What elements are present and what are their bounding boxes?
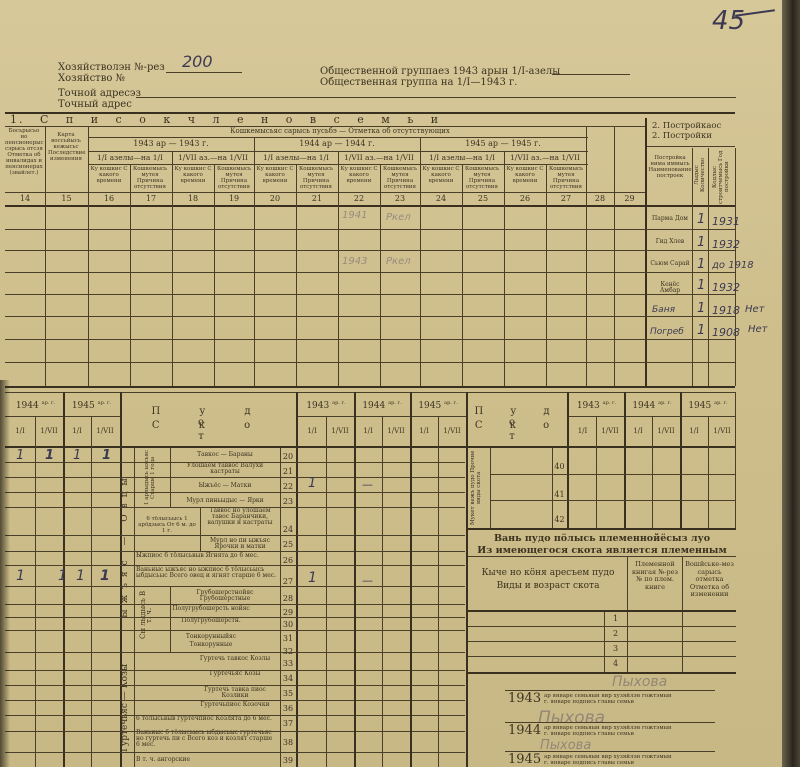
absence-header: Кошкемысьяс сарысь пусьбэ — Отметка об о… xyxy=(90,127,590,135)
page-edge xyxy=(782,0,800,767)
social-group-komi: Общественной группаез 1943 арын 1/I-азел… xyxy=(320,66,560,77)
row-label: Грубошерстнойяс Грубошерстные xyxy=(172,590,278,602)
tally-mark: 1 xyxy=(16,448,24,463)
rule xyxy=(134,448,135,767)
building-year: 1908 xyxy=(712,326,740,339)
row-label: Улошаем таввос Валухи кастраты xyxy=(172,463,278,475)
ls-left-year-1944: 1944 ар. г. xyxy=(8,399,63,410)
tally-mark: — xyxy=(362,574,373,587)
rule xyxy=(5,731,465,732)
rule xyxy=(200,507,201,551)
rule xyxy=(5,229,735,230)
rule xyxy=(45,126,46,386)
building-count: 1 xyxy=(697,278,705,293)
rule xyxy=(380,164,381,386)
row-num: 27 xyxy=(280,577,296,586)
faint-entry: Ркел xyxy=(386,256,411,267)
col-num: 24 xyxy=(420,194,462,203)
sub-reason: Кошкемысь мутея Причина отсутствия xyxy=(380,166,420,190)
col-num: 28 xyxy=(586,194,614,203)
col-num: 22 xyxy=(338,194,380,203)
rule xyxy=(466,528,736,530)
tally-mark: 1 xyxy=(76,568,85,584)
section1-title: 1. С п и с о к ч л е н о в с е м ь и xyxy=(10,113,440,126)
1944-half2: 1/VII аз.—на 1/VII xyxy=(338,154,420,162)
sub-reason: Кошкемысь мутея Причина отсутствия xyxy=(296,166,336,190)
ls-mid-year-1943: 1943 ар. г. xyxy=(298,399,354,410)
pedigree-title-ru: Из имеющегося скота является племенным xyxy=(468,545,736,556)
row-label: Ыжъёс — Матки xyxy=(172,483,278,489)
row-num: 33 xyxy=(280,659,296,668)
rule xyxy=(438,416,439,767)
col-num: 17 xyxy=(130,194,172,203)
building-year: 1931 xyxy=(712,215,740,228)
signature-year-1943: 1943 xyxy=(508,691,541,706)
rule xyxy=(5,192,645,193)
rule xyxy=(647,146,735,147)
tally-mark: 1 xyxy=(45,448,54,463)
rule xyxy=(466,392,468,767)
building-row-name: Гид Хлев xyxy=(650,239,690,245)
rule xyxy=(708,416,709,529)
row-num: 39 xyxy=(280,756,296,765)
rule xyxy=(5,652,465,653)
half-label: 1/VII xyxy=(596,427,624,435)
tally-mark: 1 xyxy=(100,568,110,584)
rule xyxy=(596,416,597,529)
building-count: 1 xyxy=(697,235,705,250)
rule xyxy=(5,492,465,493)
rule xyxy=(214,164,215,386)
row-num: 22 xyxy=(280,482,296,491)
1945-half2: 1/VII аз.—на 1/VII xyxy=(504,154,586,162)
signature-caption-1943: ар январе семьяын вир хузяйлэн гожтэмынг… xyxy=(544,693,672,705)
faint-entry: Ркел xyxy=(386,212,411,223)
col-num: 27 xyxy=(546,194,586,203)
row-label: Ваньныс ыжъяс но ыжпиос 6 тöлысьысь ыбды… xyxy=(136,567,278,579)
rule xyxy=(468,656,736,657)
page-shadow xyxy=(0,380,10,767)
rule xyxy=(5,272,735,273)
rule xyxy=(680,392,682,529)
tally-mark: 1 xyxy=(308,570,317,586)
sub-when: Ку кошкис С какого времени xyxy=(90,166,128,184)
col-num: 15 xyxy=(45,194,88,203)
address-label-ru: Точный адрес xyxy=(58,99,132,110)
rule xyxy=(5,316,735,317)
rule xyxy=(326,416,327,767)
subgroup-young: 6 тöлысьысь 1 арöдзысь От 6 м. до 1 г. xyxy=(136,516,198,534)
subgroup-wool: Сы лыдысь В т. ч. xyxy=(140,590,158,640)
row-label: Ыжпиос 6 тöлысьвыв Ягнята до 6 мес. xyxy=(136,553,278,559)
building-row-name: Погреб xyxy=(650,327,684,337)
row-num: 30 xyxy=(280,620,296,629)
col-num: 21 xyxy=(296,194,338,203)
signature-year-1944: 1944 xyxy=(508,723,541,738)
col-num: 14 xyxy=(5,194,45,203)
building-year: 1918 xyxy=(712,304,740,317)
rule xyxy=(468,556,736,557)
half-label: 1/VII xyxy=(652,427,680,435)
rule xyxy=(708,148,709,386)
row-num: 21 xyxy=(280,467,296,476)
rule xyxy=(88,137,588,138)
row-label: Гуртечьпиос Козочки xyxy=(192,702,278,708)
row-label: Мурл пиньыдыс — Ярки xyxy=(172,498,278,504)
col-num: 25 xyxy=(462,194,504,203)
row-label: 6 тöлысьвыв гуртечпиос Козлята до 6 мес. xyxy=(136,716,278,722)
sub-reason: Кошкемысь мутея Причина отсутствия xyxy=(546,166,586,190)
rule xyxy=(5,294,735,295)
row-num: 20 xyxy=(280,452,296,461)
half-label: 1/VII xyxy=(326,427,354,435)
building-row-name: Сьюм Сарай xyxy=(650,261,690,267)
row-num: 37 xyxy=(280,719,296,728)
tally-mark: 1 xyxy=(16,568,25,584)
faint-entry: 1941 xyxy=(342,210,367,221)
faint-entry: 1943 xyxy=(342,256,367,267)
row-label: Полугрубошерстн. xyxy=(172,618,250,624)
pedigree-row-num: 2 xyxy=(604,629,627,638)
rule xyxy=(652,416,653,529)
sub-when: Ку кошкис С какого времени xyxy=(174,166,212,184)
half-label: 1/VII xyxy=(91,427,119,435)
ls-right-year-1945: 1945 ар. г. xyxy=(680,399,736,410)
1945-half1: 1/I азелы—на 1/I xyxy=(420,154,504,162)
rule xyxy=(5,685,465,686)
pedigree-row-num: 4 xyxy=(604,659,627,668)
rule xyxy=(5,386,735,388)
address-label-komi: Точной адресэз xyxy=(58,88,141,99)
rule xyxy=(5,551,465,552)
row-num: 41 xyxy=(552,490,567,499)
rule xyxy=(586,126,587,386)
row-num: 34 xyxy=(280,674,296,683)
building-count: 1 xyxy=(697,257,705,272)
household-no-label-ru: Хозяйство № xyxy=(58,73,125,84)
rule xyxy=(172,151,173,386)
row-num: 29 xyxy=(280,608,296,617)
pedigree-col-book: Племенной книгая №-рез № по плем. книге xyxy=(628,561,682,591)
building-year: до 1918 xyxy=(712,260,754,271)
signature-caption-1944: ар январе семьяын вир хузяйлэн гожтэмынг… xyxy=(544,725,672,737)
sub-reason: Кошкемысь мутея Причина отсутствия xyxy=(130,166,170,190)
half-label: 1/I xyxy=(624,427,652,435)
rule xyxy=(490,474,735,475)
half-label: 1/VII xyxy=(382,427,410,435)
ls-right-year-1943: 1943 ар. г. xyxy=(569,399,624,410)
rule xyxy=(462,164,463,386)
building-count: 1 xyxy=(697,323,705,338)
col-num: 18 xyxy=(172,194,214,203)
rule xyxy=(5,507,465,508)
rule xyxy=(546,164,547,386)
rule xyxy=(614,126,615,386)
1943-half1: 1/I азелы—на 1/I xyxy=(88,154,172,162)
half-label: 1/I xyxy=(298,427,326,435)
ls-right-year-1944: 1944 ар. г. xyxy=(624,399,680,410)
rule xyxy=(5,250,735,251)
sub-when: Ку кошкис С какого времени xyxy=(340,166,378,184)
sub-reason: Кошкемысь мутея Причина отсутствия xyxy=(214,166,254,190)
half-label: 1/I xyxy=(680,427,708,435)
rule xyxy=(296,392,298,767)
subgroup-adult: 1 арлыдысь ыжъяс Старше 1 года xyxy=(144,450,164,506)
col-num: 23 xyxy=(380,194,420,203)
row-num: 25 xyxy=(280,540,296,549)
sub-reason: Кошкемысь мутея Причина отсутствия xyxy=(462,166,502,190)
col-num: 26 xyxy=(504,194,546,203)
half-label: 1/VII xyxy=(708,427,736,435)
rule xyxy=(624,392,626,529)
row-label: Гуртечь тавка пиос Козлики xyxy=(192,687,278,699)
pedigree-col-kind-komi: Кыче но кöня аресъем пудо xyxy=(468,568,628,578)
rule xyxy=(5,565,465,566)
rule xyxy=(504,151,505,386)
col-num: 29 xyxy=(614,194,645,203)
signature-year-1945: 1945 xyxy=(508,752,541,767)
household-no-underline xyxy=(166,72,242,73)
row-num: 31 xyxy=(280,634,296,643)
pedigree-title-komi: Вань пудо пöлысь племеннойёсыз луо xyxy=(468,533,736,544)
building-row-name: Баня xyxy=(652,305,675,315)
pedigree-col-kind-ru: Виды и возраст скота xyxy=(468,581,628,591)
1944-half1: 1/I азелы—на 1/I xyxy=(254,154,338,162)
rule xyxy=(468,641,736,642)
row-num: 24 xyxy=(280,525,296,534)
building-row-name: Кенёс Амбар xyxy=(650,282,690,294)
tally-mark: 1 xyxy=(73,448,81,463)
section2-col-year: Кодлыс строитчемысь Год постройки xyxy=(712,150,732,204)
row-num: 40 xyxy=(552,462,567,471)
half-label: 1/I xyxy=(63,427,91,435)
rule xyxy=(5,586,465,587)
rule xyxy=(254,137,255,386)
rule xyxy=(338,151,339,386)
rule xyxy=(420,137,421,386)
household-register-page: 45 Хозяйстволэн №-рез Хозяйство № 200 То… xyxy=(0,0,782,767)
row-num: 28 xyxy=(280,594,296,603)
rule xyxy=(468,672,736,674)
tally-mark: 1 xyxy=(308,476,316,491)
half-label: 1/I xyxy=(569,427,596,435)
row-label: Гуртечьяс Козы xyxy=(192,671,278,677)
rule xyxy=(735,392,736,529)
rule xyxy=(5,670,465,671)
1943-half2: 1/VII аз.—на 1/VII xyxy=(172,154,254,162)
rule xyxy=(5,477,465,478)
rule xyxy=(5,700,465,701)
rule xyxy=(5,339,735,340)
row-num: 42 xyxy=(552,515,567,524)
address-underline xyxy=(136,97,736,98)
rule xyxy=(5,630,465,631)
social-group-ru: Общественная группа на 1/I—1943 г. xyxy=(320,77,517,88)
pedigree-col-note: Вошйське-мез сарысь отметка Отметка об и… xyxy=(683,561,736,599)
building-row-name: Парма Дом xyxy=(650,216,690,222)
row-label: Таввос но улошаем тавос Баранчики, валуш… xyxy=(202,508,278,526)
rule xyxy=(5,604,465,605)
row-num: 23 xyxy=(280,497,296,506)
rule xyxy=(170,586,171,652)
col14-header: Босьрысьо нo пенсионерыс сэрысь отсзя От… xyxy=(5,128,43,176)
col-num: 19 xyxy=(214,194,254,203)
tally-mark: 1 xyxy=(58,568,67,584)
building-year: 1932 xyxy=(712,238,740,251)
rule xyxy=(130,164,131,386)
col-num: 20 xyxy=(254,194,296,203)
rule xyxy=(5,362,735,363)
signature-1943: Пыхова xyxy=(612,674,667,690)
row-label: Полугрубошерсть нойяс xyxy=(172,606,250,612)
rule xyxy=(468,626,736,627)
building-note: Нет xyxy=(745,304,765,315)
sub-when: Ку кошкис С какого времени xyxy=(256,166,294,184)
ls-mid-year-1944: 1944 ар. г. xyxy=(354,399,410,410)
half-label: 1/I xyxy=(410,427,438,435)
rule xyxy=(5,205,735,207)
livestock-right-header-ru: С к о т xyxy=(470,420,566,442)
row-num: 35 xyxy=(280,689,296,698)
half-label: 1/VII xyxy=(438,427,466,435)
year-1945-label: 1945 ар — 1945 г. xyxy=(420,140,586,148)
household-no-label-komi: Хозяйстволэн №-рез xyxy=(58,62,165,73)
rule xyxy=(296,164,297,386)
row-num: 38 xyxy=(280,738,296,747)
pedigree-row-num: 1 xyxy=(604,614,627,623)
half-label: 1/VII xyxy=(35,427,63,435)
rule xyxy=(5,535,465,536)
row-num: 26 xyxy=(280,556,296,565)
building-note: Нет xyxy=(748,324,768,335)
building-count: 1 xyxy=(697,301,705,316)
household-no-value: 200 xyxy=(182,52,213,71)
rule xyxy=(468,610,736,612)
pedigree-row-num: 3 xyxy=(604,644,627,653)
rule xyxy=(567,392,569,529)
building-year: 1932 xyxy=(712,281,740,294)
rule xyxy=(410,392,412,767)
rule xyxy=(88,126,89,386)
tally-mark: — xyxy=(362,478,373,491)
rule xyxy=(354,392,356,767)
col15-header: Карта воссьйысь кежысьс Последствие изме… xyxy=(48,132,84,162)
rule xyxy=(692,148,693,386)
rule xyxy=(490,448,491,528)
group-sheep-label: Ыжъяс — Овцы xyxy=(122,450,134,640)
row-num: 36 xyxy=(280,704,296,713)
page-number: 45 xyxy=(712,6,745,36)
rule xyxy=(645,118,647,386)
signature-caption-1945: ар январе семьяын вир хузяйлэн гожтэмынг… xyxy=(544,754,672,766)
row-label: Тонкорунные xyxy=(172,642,250,648)
rule xyxy=(5,752,465,753)
year-1944-label: 1944 ар — 1944 г. xyxy=(254,140,420,148)
rule xyxy=(490,500,735,501)
year-1943-label: 1943 ар — 1943 г. xyxy=(88,140,254,148)
section2-title-ru: 2. Постройки xyxy=(652,131,712,142)
col-num: 16 xyxy=(88,194,130,203)
row-label: Ваньныс 6 тöлысьысь ыбдысьыс гуртечьяс н… xyxy=(136,730,278,748)
rule xyxy=(5,715,465,716)
row-label: Тонкорунныйяс xyxy=(172,634,250,640)
rule xyxy=(382,416,383,767)
row-label: Тавкос — Бараны xyxy=(172,452,278,458)
row-label: В т. ч. ангорские xyxy=(136,757,278,763)
row-label: Гуртечь тавкос Козлы xyxy=(192,656,278,662)
ls-left-year-1945: 1945 ар. г. xyxy=(64,399,119,410)
tally-mark: 1 xyxy=(102,448,111,463)
section2-col-count: Лыдыс Количество xyxy=(694,150,706,200)
section2-col-type: Постройка нима иммысь Наименование постр… xyxy=(648,155,692,179)
sub-when: Ку кошкис С какого времени xyxy=(422,166,460,184)
half-label: 1/I xyxy=(354,427,382,435)
ls-mid-year-1945: 1945 ар. г. xyxy=(410,399,466,410)
sub-when: Ку кошкис С какого времени xyxy=(506,166,544,184)
rule xyxy=(5,617,465,618)
social-group-underline xyxy=(552,74,630,75)
building-count: 1 xyxy=(697,212,705,227)
group-goats-label: Гуртечьяс — Козы xyxy=(122,650,134,765)
other-livestock-label: Мукет вежъ пудо Прочие виды скота xyxy=(470,450,488,526)
livestock-header-ru: С к о т xyxy=(130,420,290,442)
row-label: Мурл но пи ыжъяс Ярочки и матки xyxy=(202,538,278,550)
